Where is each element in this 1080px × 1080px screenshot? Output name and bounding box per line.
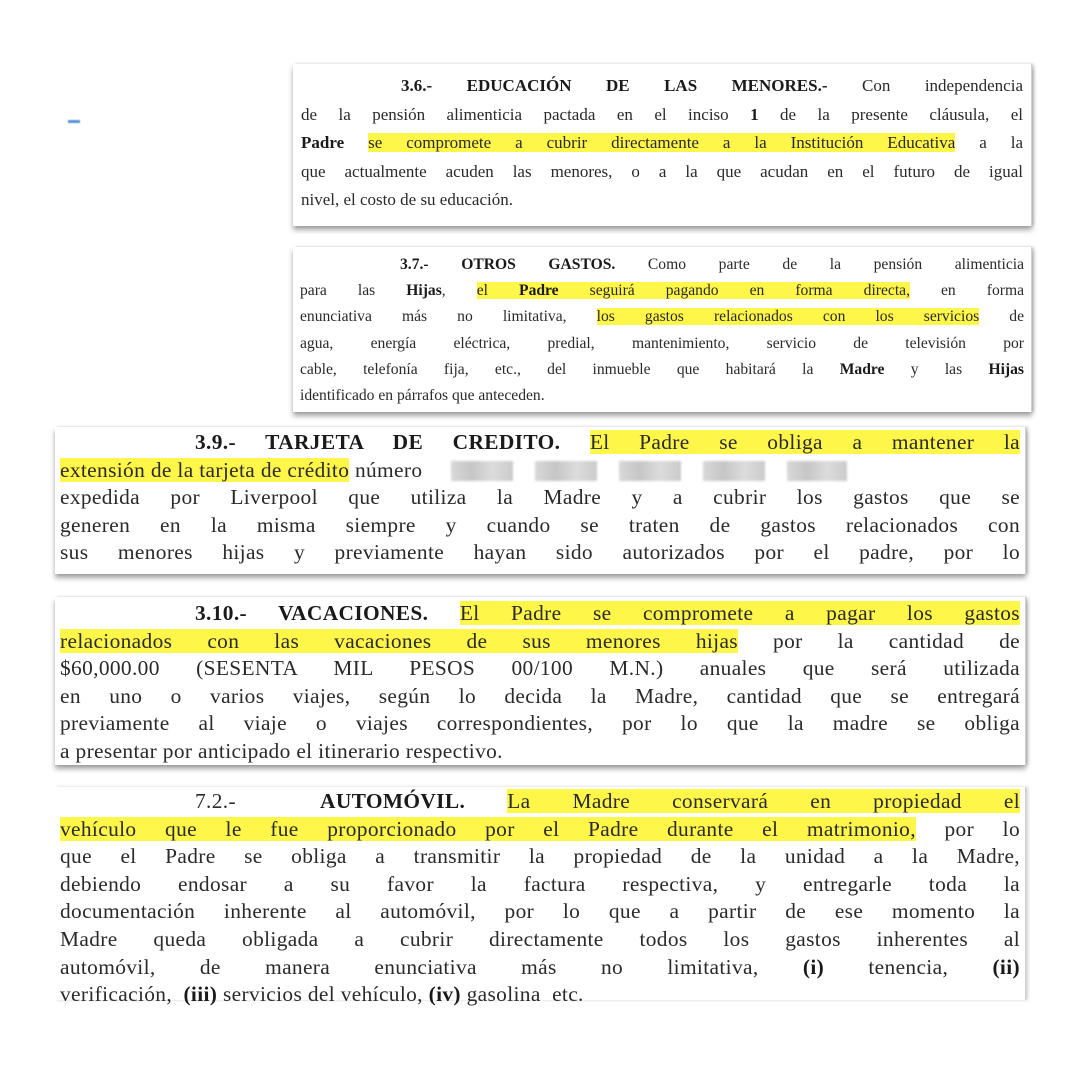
clause-3-7-line-5: cable, telefonía fija, etc., del inmuebl…	[300, 357, 1024, 383]
highlighted-text: extensión de la tarjeta de crédito	[60, 458, 349, 482]
clause-3-7-line-3: enunciativa más no limitativa, los gasto…	[300, 304, 1024, 330]
clause-3-10-line-1: 3.10.- VACACIONES. El Padre se compromet…	[60, 600, 1020, 628]
clause-7-2-line-6: Madre queda obligada a cubrir directamen…	[60, 926, 1020, 954]
clause-3-9-excerpt: 3.9.- TARJETA DE CREDITO. El Padre se ob…	[55, 427, 1026, 574]
highlighted-text: El Padre se obliga a mantener la	[590, 430, 1020, 454]
redacted-block	[619, 461, 681, 481]
clause-3-6-excerpt: 3.6.- EDUCACIÓN DE LAS MENORES.- Con ind…	[293, 64, 1032, 226]
clause-3-7-line-6: identificado en párrafos que anteceden.	[300, 383, 1024, 409]
clause-3-6-line-5: nivel, el costo de su educación.	[301, 186, 1023, 215]
clause-7-2-line-5: documentación inherente al automóvil, po…	[60, 898, 1020, 926]
clause-3-10-excerpt: 3.10.- VACACIONES. El Padre se compromet…	[55, 597, 1026, 765]
clause-7-2-line-2: vehículo que le fue proporcionado por el…	[60, 816, 1020, 844]
clause-3-7-line-2: para las Hijas, el Padre seguirá pagando…	[300, 278, 1024, 304]
clause-3-10-line-4: en uno o varios viajes, según lo decida …	[60, 683, 1020, 711]
clause-3-9-line-4: generen en la misma siempre y cuando se …	[60, 512, 1020, 540]
clause-7-2-line-1: 7.2.- AUTOMÓVIL. La Madre conservará en …	[60, 788, 1020, 816]
highlighted-text: relacionados con las vacaciones de sus m…	[60, 629, 738, 653]
highlighted-text: el Padre seguirá pagando en forma direct…	[477, 282, 910, 299]
clause-3-6-line-1: 3.6.- EDUCACIÓN DE LAS MENORES.- Con ind…	[301, 72, 1023, 101]
clause-3-10-line-2: relacionados con las vacaciones de sus m…	[60, 628, 1020, 656]
clause-3-6-line-2: de la pensión alimenticia pactada en el …	[301, 101, 1023, 130]
clause-3-7-line-1: 3.7.- OTROS GASTOS. Como parte de la pen…	[300, 252, 1024, 278]
clause-3-7-line-4: agua, energía eléctrica, predial, manten…	[300, 331, 1024, 357]
clause-3-7-excerpt: 3.7.- OTROS GASTOS. Como parte de la pen…	[293, 247, 1032, 412]
clause-3-9-line-2: extensión de la tarjeta de crédito númer…	[60, 457, 1020, 485]
highlighted-text: los gastos relacionados con los servicio…	[597, 308, 980, 325]
clause-heading: 3.6.- EDUCACIÓN DE LAS MENORES.-	[401, 76, 828, 95]
highlighted-text: vehículo que le fue proporcionado por el…	[60, 817, 916, 841]
redacted-block	[787, 461, 847, 481]
clause-3-9-line-1: 3.9.- TARJETA DE CREDITO. El Padre se ob…	[60, 429, 1020, 457]
clause-3-6-line-3: Padre se compromete a cubrir directament…	[301, 129, 1023, 158]
clause-3-10-line-3: $60,000.00 (SESENTA MIL PESOS 00/100 M.N…	[60, 655, 1020, 683]
clause-7-2-line-4: debiendo endosar a su favor la factura r…	[60, 871, 1020, 899]
blue-dash-marker	[68, 120, 80, 123]
redacted-block	[535, 461, 597, 481]
clause-3-9-line-5: sus menores hijas y previamente hayan si…	[60, 539, 1020, 567]
clause-3-9-line-3: expedida por Liverpool que utiliza la Ma…	[60, 484, 1020, 512]
clause-7-2-line-8: verificación, (iii) servicios del vehícu…	[60, 981, 1020, 1009]
highlighted-text: El Padre se compromete a pagar los gasto…	[460, 601, 1020, 625]
redacted-card-number	[451, 461, 513, 481]
clause-3-10-line-6: a presentar por anticipado el itinerario…	[60, 738, 1020, 766]
clause-3-10-line-5: previamente al viaje o viajes correspond…	[60, 710, 1020, 738]
clause-7-2-excerpt: 7.2.- AUTOMÓVIL. La Madre conservará en …	[55, 787, 1026, 1000]
redacted-block	[703, 461, 765, 481]
highlighted-text: se compromete a cubrir directamente a la…	[368, 133, 955, 152]
clause-7-2-line-3: que el Padre se obliga a transmitir la p…	[60, 843, 1020, 871]
clause-3-6-line-4: que actualmente acuden las menores, o a …	[301, 158, 1023, 187]
clause-7-2-line-7: automóvil, de manera enunciativa más no …	[60, 954, 1020, 982]
highlighted-text: La Madre conservará en propiedad el	[507, 789, 1020, 813]
